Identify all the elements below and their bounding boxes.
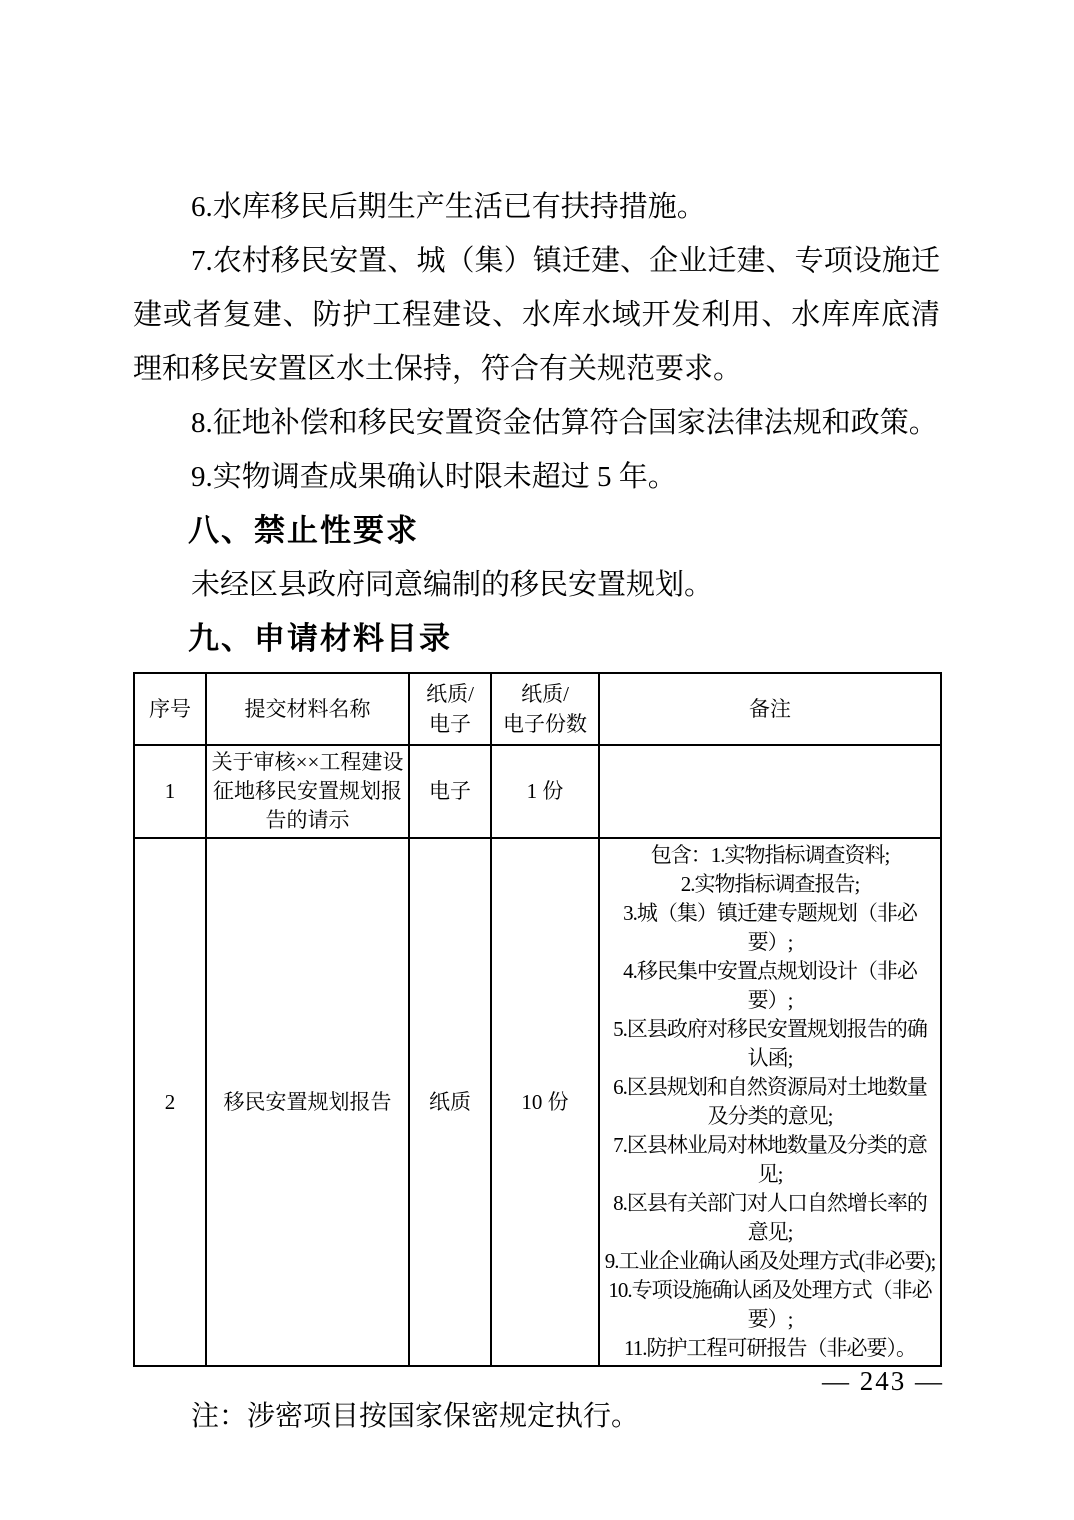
cell-material-name: 关于审核××工程建设征地移民安置规划报告的请示 — [206, 745, 409, 838]
section-8-body: 未经区县政府同意编制的移民安置规划。 — [133, 558, 940, 612]
table-row: 1 关于审核××工程建设征地移民安置规划报告的请示 电子 1 份 — [134, 745, 941, 838]
cell-no: 1 — [134, 745, 206, 838]
table-row: 2 移民安置规划报告 纸质 10 份 包含：1.实物指标调查资料; 2.实物指标… — [134, 838, 941, 1366]
column-header-no: 序号 — [134, 673, 206, 745]
cell-material-name: 移民安置规划报告 — [206, 838, 409, 1366]
cell-no: 2 — [134, 838, 206, 1366]
column-header-remark: 备注 — [599, 673, 941, 745]
cell-remark: 包含：1.实物指标调查资料; 2.实物指标调查报告; 3.城（集）镇迁建专题规划… — [599, 838, 941, 1366]
paragraph-item-6: 6.水库移民后期生产生活已有扶持措施。 — [133, 180, 940, 234]
cell-medium: 纸质 — [409, 838, 491, 1366]
application-materials-table: 序号 提交材料名称 纸质/ 电子 纸质/ 电子份数 备注 1 关于审核××工程建… — [133, 672, 942, 1367]
cell-remark — [599, 745, 941, 838]
column-header-copies: 纸质/ 电子份数 — [491, 673, 599, 745]
cell-medium: 电子 — [409, 745, 491, 838]
page-number: — 243 — — [822, 1366, 944, 1397]
section-8-heading: 八、禁止性要求 — [133, 504, 940, 558]
paragraph-item-7: 7.农村移民安置、城（集）镇迁建、企业迁建、专项设施迁建或者复建、防护工程建设、… — [133, 234, 940, 396]
paragraph-item-8: 8.征地补偿和移民安置资金估算符合国家法律法规和政策。 — [133, 396, 940, 450]
document-page: 6.水库移民后期生产生活已有扶持措施。 7.农村移民安置、城（集）镇迁建、企业迁… — [0, 0, 1074, 1520]
paragraph-item-9: 9.实物调查成果确认时限未超过 5 年。 — [133, 450, 940, 504]
cell-copies: 1 份 — [491, 745, 599, 838]
document-body: 6.水库移民后期生产生活已有扶持措施。 7.农村移民安置、城（集）镇迁建、企业迁… — [133, 180, 940, 1439]
section-9-heading: 九、申请材料目录 — [133, 612, 940, 666]
confidentiality-note: 注：涉密项目按国家保密规定执行。 — [133, 1395, 940, 1439]
cell-copies: 10 份 — [491, 838, 599, 1366]
column-header-medium: 纸质/ 电子 — [409, 673, 491, 745]
table-header-row: 序号 提交材料名称 纸质/ 电子 纸质/ 电子份数 备注 — [134, 673, 941, 745]
column-header-material-name: 提交材料名称 — [206, 673, 409, 745]
